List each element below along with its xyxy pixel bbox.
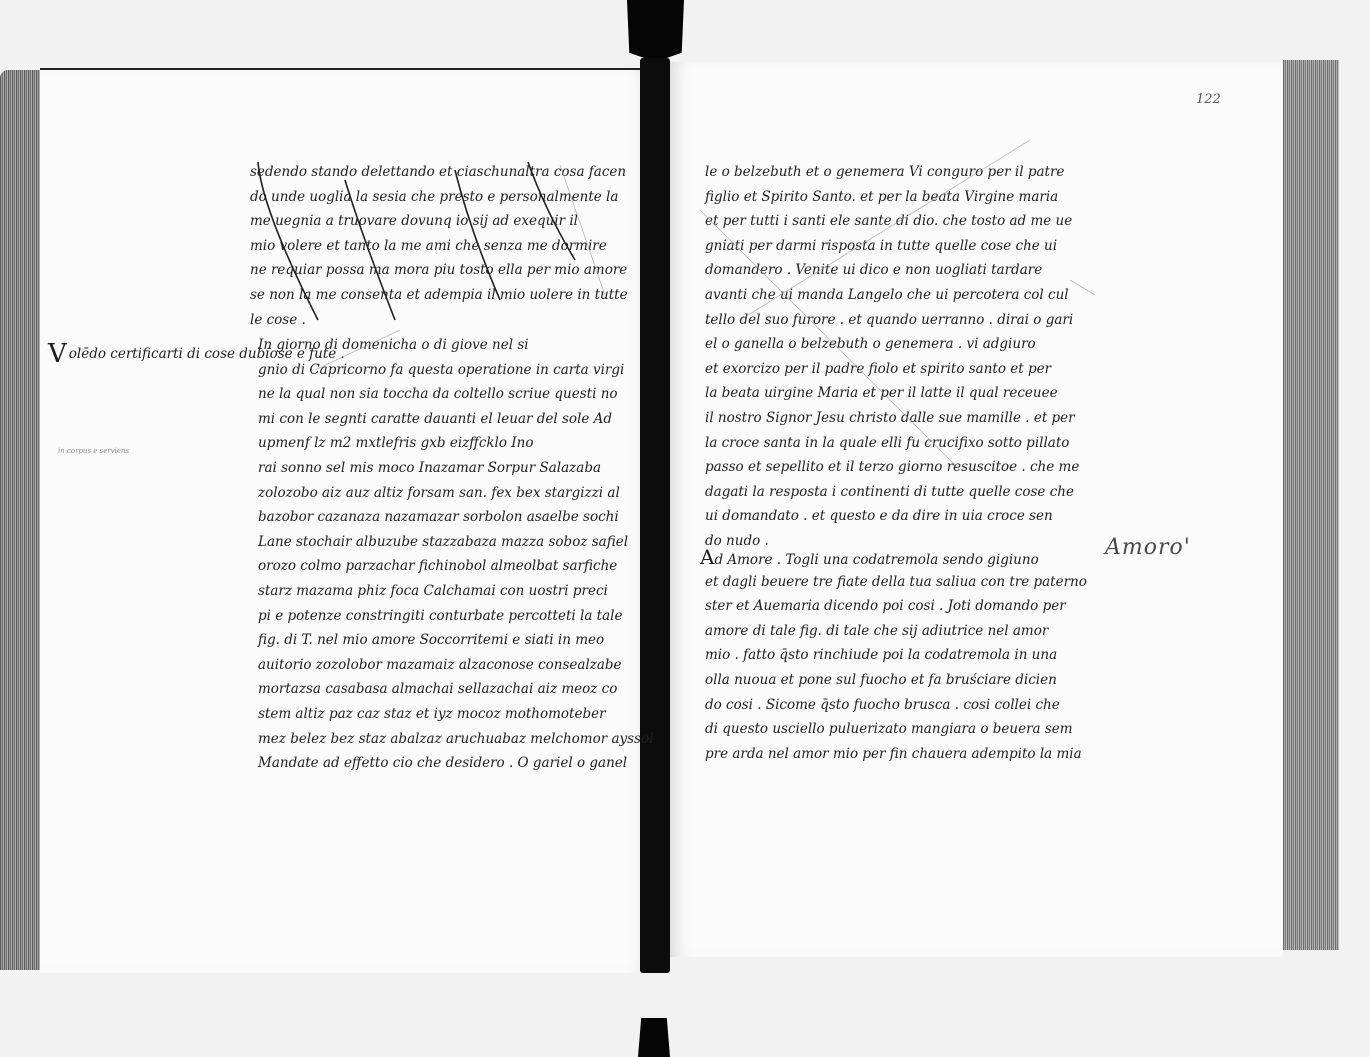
- folio-number: 122: [1196, 92, 1221, 107]
- left-page-stack-edge: [0, 70, 42, 970]
- text-line: domandero . Venite ui dico e non uogliat…: [705, 258, 1079, 283]
- right-page-stack-edge: [1283, 60, 1339, 950]
- text-line: mi con le segnti caratte dauanti el leua…: [258, 407, 653, 432]
- text-line: starz mazama phiz foca Calchamai con uos…: [258, 579, 653, 604]
- text-line: tello del suo furore . et quando uerrann…: [705, 308, 1079, 333]
- text-line: mez belez bez staz abalzaz aruchuabaz me…: [258, 727, 653, 752]
- left-page-main-paragraph: In giorno di domenicha o di giove nel si…: [258, 333, 653, 776]
- text-line: le o belzebuth et o genemera Vi conguro …: [705, 160, 1079, 185]
- text-line: ne la qual non sia toccha da coltello sc…: [258, 382, 653, 407]
- text-line: d Amore . Togli una codatremola sendo gi…: [714, 552, 1038, 568]
- bookmark-ribbon-top: [627, 0, 684, 62]
- right-page-amore-paragraph: Ad Amore . Togli una codatremola sendo g…: [700, 545, 1087, 766]
- text-line: et exorcizo per il padre fiolo et spirit…: [705, 357, 1079, 382]
- text-line: dagati la resposta i continenti di tutte…: [705, 480, 1079, 505]
- text-line-with-initial: Ad Amore . Togli una codatremola sendo g…: [700, 545, 1087, 570]
- text-line: ui domandato . et questo e da dire in ui…: [705, 504, 1079, 529]
- text-line: Mandate ad effetto cio che desidero . O …: [258, 751, 653, 776]
- rubric-initial: V: [48, 339, 67, 369]
- text-line: do cosi . Sicome q̄sto fuocho brusca . c…: [700, 693, 1087, 718]
- text-line: di questo usciello puluerizato mangiara …: [700, 717, 1087, 742]
- text-line: zolozobo aiz auz altiz forsam san. fex b…: [258, 481, 653, 506]
- text-line: fig. di T. nel mio amore Soccorritemi e …: [258, 628, 653, 653]
- text-line: pi e potenze constringiti conturbate per…: [258, 604, 653, 629]
- text-line: mio . fatto q̄sto rinchiude poi la codat…: [700, 643, 1087, 668]
- text-line: se non la me consenta et adempia il mio …: [250, 283, 628, 308]
- text-line: la croce santa in la quale elli fu cruci…: [705, 431, 1079, 456]
- text-line: mortazsa casabasa almachai sellazachai a…: [258, 677, 653, 702]
- right-page-top-paragraph: le o belzebuth et o genemera Vi conguro …: [705, 160, 1079, 554]
- text-line: sedendo stando delettando et ciaschunalt…: [250, 160, 628, 185]
- text-line: upmenf lz m2 mxtlefris gxb eizffcklo Ino: [258, 431, 653, 456]
- text-line: passo et sepellito et il terzo giorno re…: [705, 455, 1079, 480]
- text-line: amore di tale fig. di tale che sij adiut…: [700, 619, 1087, 644]
- text-line: In giorno di domenicha o di giove nel si: [258, 333, 653, 358]
- bookmark-ribbon-bottom: [638, 1018, 670, 1057]
- text-line: bazobor cazanaza nazamazar sorbolon asae…: [258, 505, 653, 530]
- text-line: le cose .: [250, 308, 628, 333]
- text-line: stem altiz paz caz staz et iyz mocoz mot…: [258, 702, 653, 727]
- text-line: me uegnia a truovare dovunq io sij ad ex…: [250, 209, 628, 234]
- text-line: ster et Auemaria dicendo poi cosi . Joti…: [700, 594, 1087, 619]
- text-line: la beata uirgine Maria et per il latte i…: [705, 381, 1079, 406]
- text-line: gnio di Capricorno fa questa operatione …: [258, 358, 653, 383]
- text-line: figlio et Spirito Santo. et per la beata…: [705, 185, 1079, 210]
- text-line: auitorio zozolobor mazamaiz alzaconose c…: [258, 653, 653, 678]
- text-line: orozo colmo parzachar fichinobol almeolb…: [258, 554, 653, 579]
- left-page-top-paragraph: sedendo stando delettando et ciaschunalt…: [250, 160, 628, 332]
- text-line: avanti che ui manda Langelo che ui perco…: [705, 283, 1079, 308]
- text-line: ne requiar possa ma mora piu tosto ella …: [250, 258, 628, 283]
- text-line: il nostro Signor Jesu christo dalle sue …: [705, 406, 1079, 431]
- text-line: el o ganella o belzebuth o genemera . vi…: [705, 332, 1079, 357]
- paragraph-initial: A: [700, 545, 714, 569]
- manuscript-photo: sedendo stando delettando et ciaschunalt…: [0, 0, 1370, 1057]
- right-margin-annotation: Amoro': [1105, 535, 1191, 560]
- text-line: Lane stochair albuzube stazzabaza mazza …: [258, 530, 653, 555]
- left-margin-annotation: in corpus e serviens: [58, 447, 129, 455]
- text-line: et per tutti i santi ele sante di dio. c…: [705, 209, 1079, 234]
- text-line: mio volere et tanto la me ami che senza …: [250, 234, 628, 259]
- text-line: do unde uoglia la sesia che presto e per…: [250, 185, 628, 210]
- text-line: olla nuoua et pone sul fuocho et fa bruś…: [700, 668, 1087, 693]
- text-line: pre arda nel amor mio per fin chauera ad…: [700, 742, 1087, 767]
- text-line: gniati per darmi risposta in tutte quell…: [705, 234, 1079, 259]
- text-line: rai sonno sel mis moco Inazamar Sorpur S…: [258, 456, 653, 481]
- text-line: et dagli beuere tre fiate della tua sali…: [700, 570, 1087, 595]
